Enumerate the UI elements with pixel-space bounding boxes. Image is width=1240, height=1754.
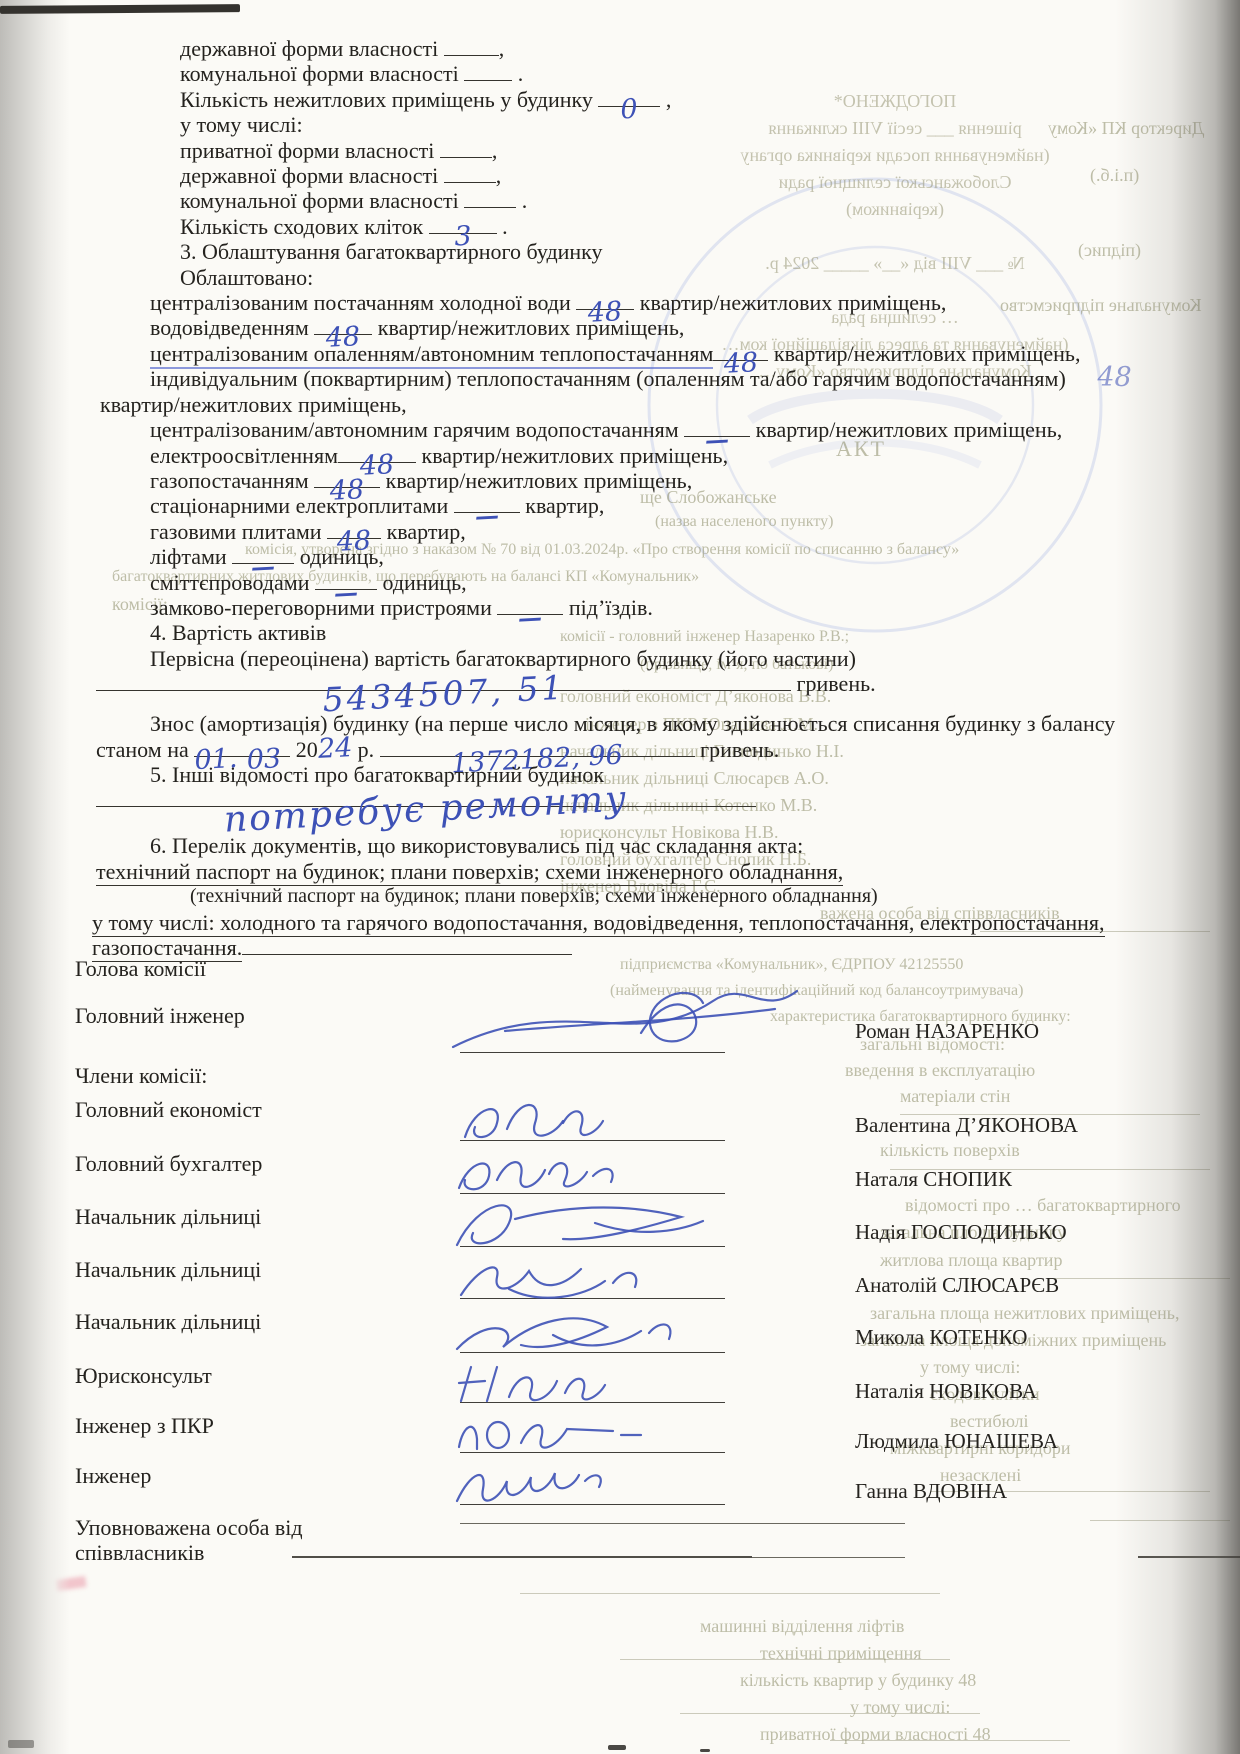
bleedthrough-fragment: у тому числі: xyxy=(850,1697,950,1718)
document-line: централізованим/автономним гарячим водоп… xyxy=(150,417,1240,442)
typed-text: , xyxy=(496,163,502,188)
blank-line xyxy=(444,163,496,183)
typed-text: водовідведенням xyxy=(150,315,314,340)
typed-text: державної форми власності xyxy=(180,163,444,188)
document-line: 5. Інші відомості про багатоквартирний б… xyxy=(150,762,1240,787)
signature-row: Уповноважена особа від співвласників xyxy=(0,1515,1240,1605)
typed-text: державної форми власності xyxy=(180,36,444,61)
blank-line-with-handwriting: 5434507, 51 xyxy=(96,671,791,691)
handwritten-dash: — xyxy=(518,617,542,618)
signature-role-label: Уповноважена особа від співвласників xyxy=(75,1515,425,1605)
blank-line-with-handwriting: 3 xyxy=(429,214,497,234)
document-line: комунальної форми власності . xyxy=(180,188,1240,213)
typed-text: квартир/нежитлових приміщень, xyxy=(750,417,1062,442)
document-line: Облаштовано: xyxy=(180,265,1240,290)
typed-text: приватної форми власності xyxy=(180,138,440,163)
document-line: електроосвітленням48 квартир/нежитлових … xyxy=(150,443,1240,468)
blank-line xyxy=(444,36,499,56)
typed-text: , xyxy=(660,87,671,112)
bleedthrough-fragment: машинні відділення ліфтів xyxy=(700,1616,904,1637)
blank-line-with-dash: — xyxy=(684,417,750,437)
typed-text: квартир/нежитлових приміщень, xyxy=(416,443,728,468)
document-line: індивідуальним (поквартирним) теплопоста… xyxy=(150,366,1240,391)
typed-text: квартир/нежитлових приміщень, xyxy=(100,392,407,417)
signature-row: ІнженерГанна ВДОВІНА xyxy=(0,1463,1240,1515)
typed-text: (технічний паспорт на будинок; плани пов… xyxy=(190,885,878,907)
signature-name: Людмила ЮНАШЕВА xyxy=(855,1413,1240,1463)
signature-name xyxy=(855,1515,1240,1605)
typed-text: стаціонарними електроплитами xyxy=(150,493,454,518)
document-line: замково-переговорними пристроями — під’ї… xyxy=(150,595,1240,620)
handwritten-value: 48 xyxy=(330,490,364,492)
blank-line-with-handwriting: 03 xyxy=(238,737,290,757)
signature-area xyxy=(425,1003,855,1063)
document-body: державної форми власності ,комунальної ф… xyxy=(0,36,1240,960)
blank-line-with-dash: — xyxy=(232,544,294,564)
document-line: квартир/нежитлових приміщень, xyxy=(100,392,1240,417)
typed-text: комунальної форми власності xyxy=(180,61,464,86)
scan-bottom-mark xyxy=(608,1745,626,1750)
typed-text: електроосвітленням xyxy=(150,443,338,468)
signature-role-label: Начальник дільниці xyxy=(75,1204,425,1257)
typed-text: Знос (амортизація) будинку (на перше чис… xyxy=(150,711,1115,736)
typed-text: квартир, xyxy=(520,493,605,518)
blank-signature-line xyxy=(460,1523,905,1524)
bleedthrough-fragment: технічні приміщення xyxy=(760,1643,922,1664)
signature-name: Валентина Д’ЯКОНОВА xyxy=(855,1097,1240,1151)
typed-text: . xyxy=(512,61,523,86)
typed-text: замково-переговорними пристроями xyxy=(150,595,497,620)
typed-text: газопостачанням xyxy=(150,468,314,493)
typed-text: квартир/нежитлових приміщень, xyxy=(768,341,1080,366)
handwritten-signature xyxy=(445,1451,615,1513)
document-line: централізованим опаленням/автономним теп… xyxy=(150,341,1240,366)
document-line: у тому числі: холодного та гарячого водо… xyxy=(92,910,1240,935)
bottom-signature-line-right xyxy=(1138,1556,1240,1558)
document-line: Знос (амортизація) будинку (на перше чис… xyxy=(150,711,1240,736)
signature-name xyxy=(855,956,1240,1003)
document-line: у тому числі: xyxy=(180,112,1240,137)
document-line: 6. Перелік документів, що використовувал… xyxy=(150,833,1240,858)
document-line: газопостачанням 48 квартир/нежитлових пр… xyxy=(150,468,1240,493)
signature-name: Анатолій СЛЮСАРЄВ xyxy=(855,1257,1240,1309)
scanned-document-page: ПОГОДЖЕНО*рішення ___ сесії VIII скликан… xyxy=(0,0,1240,1754)
document-line: потребує ремонту xyxy=(96,787,1240,833)
blank-line xyxy=(440,138,492,158)
bleedthrough-fragment: кількість квартир у будинку 48 xyxy=(740,1670,976,1691)
blank-line xyxy=(464,61,512,81)
typed-text: квартир/нежитлових приміщень, xyxy=(634,290,946,315)
document-line: централізованим постачанням холодної вод… xyxy=(150,290,1240,315)
typed-text: , xyxy=(492,138,498,163)
handwritten-value: 0 xyxy=(621,109,638,110)
handwritten-dash: — xyxy=(475,516,499,517)
typed-text: 4. Вартість активів xyxy=(150,620,326,645)
typed-text: індивідуальним (поквартирним) теплопоста… xyxy=(150,366,1071,391)
typed-text: квартир/нежитлових приміщень, xyxy=(372,315,684,340)
handwritten-dash: — xyxy=(705,439,729,440)
handwritten-value: 48 xyxy=(588,312,622,314)
blank-line xyxy=(464,188,516,208)
typed-text: 20 xyxy=(290,737,318,762)
signature-role-label: Голова комісії xyxy=(75,956,425,1003)
handwritten-value: 48 xyxy=(326,338,360,340)
handwritten-dash: — xyxy=(251,566,275,567)
signature-row: Головний інженерРоман НАЗАРЕНКО xyxy=(0,1003,1240,1063)
handwritten-value: 01. xyxy=(195,758,238,760)
typed-text: квартир/нежитлових приміщень, xyxy=(380,468,692,493)
typed-text: гривень. xyxy=(791,671,876,696)
typed-text: ліфтами xyxy=(150,544,232,569)
handwritten-value: 24 xyxy=(318,748,352,750)
handwritten-dash: — xyxy=(334,592,358,593)
blank-line-with-handwriting: 48 xyxy=(576,290,634,310)
typed-underlined-text: технічний паспорт на будинок; плани пове… xyxy=(96,859,843,886)
signature-name: Надія ГОСПОДИНЬКО xyxy=(855,1204,1240,1257)
handwritten-value: 3 xyxy=(454,236,471,237)
typed-text: під’їздів. xyxy=(563,595,653,620)
document-line: Кількість сходових кліток 3 . xyxy=(180,214,1240,239)
typed-text: квартир, xyxy=(381,519,466,544)
typed-text: 3. Облаштування багатоквартирного будинк… xyxy=(180,239,603,264)
typed-text: у тому числі: xyxy=(180,112,303,137)
blank-line-with-handwriting: 48 xyxy=(713,341,768,361)
document-line: державної форми власності , xyxy=(180,36,1240,61)
handwritten-signature xyxy=(445,1245,655,1307)
document-line: ліфтами — одиниць, xyxy=(150,544,1240,569)
blank-line-with-dash: — xyxy=(454,493,520,513)
signature-name: Ганна ВДОВІНА xyxy=(855,1463,1240,1515)
signature-role-label: Інженер xyxy=(75,1463,425,1515)
handwritten-value: 48 xyxy=(360,465,394,467)
blank-line-with-handwriting: 1372182, 96 xyxy=(380,737,695,757)
typed-text: централізованим/автономним гарячим водоп… xyxy=(150,417,684,442)
bleedthrough-rule xyxy=(830,1739,1070,1741)
blank-line-with-dash: — xyxy=(315,570,377,590)
document-line: 5434507, 51 гривень. xyxy=(96,671,1240,711)
document-line: Первісна (переоцінена) вартість багатокв… xyxy=(150,646,1240,671)
typed-text: . xyxy=(497,214,508,239)
document-line: (технічний паспорт на будинок; плани пов… xyxy=(190,884,1240,909)
typed-text: Облаштовано: xyxy=(180,265,313,290)
blank-line-with-dash: — xyxy=(497,595,563,615)
handwritten-value: потребує ремонту xyxy=(224,800,628,821)
signature-role-label: Члени комісії: xyxy=(75,1063,425,1097)
typed-text: 6. Перелік документів, що використовувал… xyxy=(150,833,803,858)
typed-text: гривень. xyxy=(695,737,780,762)
typed-text: одиниць, xyxy=(294,544,384,569)
handwritten-value: 5434507, 51 xyxy=(322,688,565,701)
scan-bottom-mark xyxy=(700,1749,710,1752)
signature-row: Інженер з ПКРЛюдмила ЮНАШЕВА xyxy=(0,1413,1240,1463)
blank-line-with-handwriting: 48 xyxy=(314,468,380,488)
bottom-signature-line-left xyxy=(292,1556,752,1558)
signature-role-label: Юрисконсульт xyxy=(75,1363,425,1413)
typed-text: . xyxy=(516,188,527,213)
document-line: приватної форми власності , xyxy=(180,138,1240,163)
signature-role-label: Начальник дільниці xyxy=(75,1309,425,1363)
blank-line-with-handwriting: 48 xyxy=(338,443,416,463)
scan-corner-mark xyxy=(8,1740,34,1748)
document-line: державної форми власності , xyxy=(180,163,1240,188)
signature-role-label: Головний інженер xyxy=(75,1003,425,1063)
typed-text: сміттєпроводами xyxy=(150,570,315,595)
document-line: станом на 01.03 2024 р. 1372182, 96 грив… xyxy=(96,737,1240,762)
signature-area xyxy=(425,1515,855,1605)
typed-text: Кількість сходових кліток xyxy=(180,214,429,239)
typed-text: р. xyxy=(352,737,380,762)
typed-text: станом на xyxy=(96,737,194,762)
bleedthrough-rule xyxy=(620,1658,950,1660)
typed-text: одиниць, xyxy=(377,570,467,595)
handwritten-value: 48 xyxy=(337,541,371,543)
typed-text: , xyxy=(499,36,505,61)
signature-name: Наталія НОВІКОВА xyxy=(855,1363,1240,1413)
scan-top-edge-mark xyxy=(0,4,240,14)
typed-text: комунальної форми власності xyxy=(180,188,464,213)
document-line: 3. Облаштування багатоквартирного будинк… xyxy=(180,239,1240,264)
document-line: стаціонарними електроплитами — квартир, xyxy=(150,493,1240,518)
signature-name: Наталя СНОПИК xyxy=(855,1151,1240,1204)
typed-text: Кількість нежитлових приміщень у будинку xyxy=(180,87,598,112)
bleedthrough-fragment: приватної форми власності 48 xyxy=(760,1724,991,1745)
blank-line-with-handwriting: 48 xyxy=(314,315,372,335)
signature-area xyxy=(425,1463,855,1515)
typed-text: Первісна (переоцінена) вартість багатокв… xyxy=(150,646,856,671)
signature-role-label: Інженер з ПКР xyxy=(75,1413,425,1463)
document-line: газовими плитами 48 квартир, xyxy=(150,519,1240,544)
blank-line-with-handwriting: потребує ремонту xyxy=(96,787,756,807)
signature-name xyxy=(855,1063,1240,1097)
blank-line-with-handwriting: 01. xyxy=(194,737,238,757)
signature-name: Роман НАЗАРЕНКО xyxy=(855,1003,1240,1063)
signature-name: Микола КОТЕНКО xyxy=(855,1309,1240,1363)
document-line: Кількість нежитлових приміщень у будинку… xyxy=(180,87,1240,112)
signature-row: Начальник дільниціМикола КОТЕНКО xyxy=(0,1309,1240,1363)
document-line: сміттєпроводами — одиниць, xyxy=(150,570,1240,595)
typed-underlined-text: у тому числі: холодного та гарячого водо… xyxy=(92,910,1105,937)
handwritten-value: 03 xyxy=(247,759,281,761)
document-line: комунальної форми власності . xyxy=(180,61,1240,86)
signature-block: Голова комісіїГоловний інженерРоман НАЗА… xyxy=(0,956,1240,1605)
signature-role-label: Головний економіст xyxy=(75,1097,425,1151)
handwritten-signature xyxy=(445,951,815,1061)
typed-text: централізованим постачанням холодної вод… xyxy=(150,290,576,315)
signature-role-label: Начальник дільниці xyxy=(75,1257,425,1309)
handwritten-value: 48 xyxy=(724,363,758,365)
document-line: водовідведенням 48 квартир/нежитлових пр… xyxy=(150,315,1240,340)
typed-ink-underlined-text: централізованим опаленням/автономним теп… xyxy=(150,341,713,369)
typed-text: газовими плитами xyxy=(150,519,327,544)
document-line: технічний паспорт на будинок; плани пове… xyxy=(96,859,1240,884)
signature-role-label: Головний бухгалтер xyxy=(75,1151,425,1204)
bleedthrough-rule xyxy=(680,1712,980,1714)
document-line: 4. Вартість активів xyxy=(150,620,1240,645)
blank-line-with-handwriting: 0 xyxy=(598,87,660,107)
blank-line-with-handwriting: 48 xyxy=(327,519,381,539)
